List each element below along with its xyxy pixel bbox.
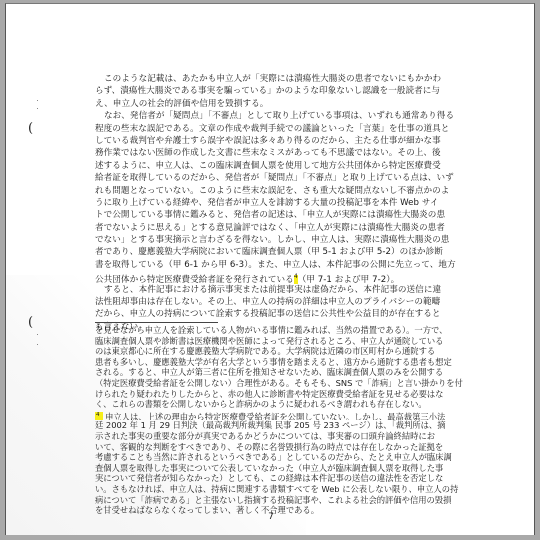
body-text-segment: （甲 7-1 および甲 7-2）。 — [298, 275, 400, 284]
footnote-separator — [95, 322, 218, 323]
footnote-line: 実について発信者が知らなかった）としても、この経緯は本件記事の送信の違法性を否定… — [95, 473, 467, 484]
footnote-text-segment: 申立人は、上述の理由から特定医療費受給者証を公開していない。しかし、最高裁第三小… — [103, 412, 446, 421]
document-page: ( ( このような記載は、あたかも申立人が「実際には潰瘍性大腸炎の患者でないにも… — [5, 3, 535, 535]
footnote-4-first-line: 4 申立人は、上述の理由から特定医療費受給者証を公開していない。しかし、最高裁第… — [95, 410, 467, 421]
footnote-line: を見せながら申立人を詮索している人物がいる事情に鑑みれば、当然の措置である）。一… — [95, 325, 467, 336]
footnote-line: 査個人票を取得した事実について公表していなかった（申立人が臨床調査個人票を取得し… — [95, 463, 467, 474]
scan-speck — [37, 344, 38, 345]
footnote-line: される。すると、申立人が第三者に住所を推知させないため、臨床調査個人票のみを公開… — [95, 367, 467, 378]
scan-speck — [37, 108, 38, 109]
body-line: らず、潰瘍性大腸炎である事実を騙っている」かのような印象ないし認識を一般読者に与 — [95, 85, 467, 97]
body-line: 書を取得している（甲 6-1 から甲 6-3）。また、申立人は、本件記事の公開に… — [95, 259, 467, 271]
page-number: 7 — [6, 512, 535, 522]
body-text: このような記載は、あたかも申立人が「実際には潰瘍性大腸炎の患者でないにもかかわ … — [95, 73, 467, 333]
body-line: 者であり、慶應義塾大学病院において臨床調査個人票（甲 5-1 および甲 5-2）… — [95, 246, 467, 258]
body-line-with-footnote-ref: 公共団体から特定医療費受給者証を発行されている4（甲 7-1 および甲 7-2）… — [95, 271, 467, 283]
body-line: すると、本件記事における摘示事実または前提事実は虚偽だから、本件記事の送信に違 — [95, 284, 467, 296]
body-line: 給者証を取得しているのだから、発信者が「疑問点」「不審点」と取り上げている点は、… — [95, 172, 467, 184]
body-line: え、申立人の社会的評価や信用を毀損する。 — [95, 98, 467, 110]
footnote-number: 4 — [96, 412, 100, 418]
footnotes: を見せながら申立人を詮索している人物がいる事情に鑑みれば、当然の措置である）。一… — [95, 325, 467, 516]
binder-hole-mark-icon: ( — [28, 315, 33, 330]
body-line: なお、発信者が「疑問点」「不審点」として取り上げている事項は、いずれも通常あり得… — [95, 110, 467, 122]
scan-speck — [37, 100, 38, 101]
footnote-line: 臨床調査個人票や診断書は医療機関や医師によって発行されるところ、申立人が通院して… — [95, 336, 467, 347]
footnote-line: 病について「詐病である」と主張ないし指摘する投稿記事や、これよる社会的評価や信用… — [95, 495, 467, 506]
body-line: 務作業ではない医師の作成した文書に些末なミスがあっても不思議ではない。その上、後 — [95, 147, 467, 159]
body-line: している裁判官や弁護士すら誤字や誤記は多々あり得るのだから、主たる仕事が細かな事 — [95, 135, 467, 147]
body-line: トで公開している事情に鑑みると、発信者の記述は、「申立人が実際には潰瘍性大腸炎の… — [95, 209, 467, 221]
footnote-line: （特定医療費受給者証を公開しない）合理性がある。そもそも、SNS で「詐病」と言… — [95, 378, 467, 389]
body-line: 者でないように思える」とする意見論評ではなく、「申立人が実際には潰瘍性大腸炎の患… — [95, 222, 467, 234]
body-line: うに取り上げている経緯や、発信者が申立人を誹謗する大量の投稿記事を本件 Web … — [95, 197, 467, 209]
body-line: 述するように、申立人は、この臨床調査個人票を使用して地方公共団体から特定医療費受 — [95, 160, 467, 172]
footnote-line: いて、客観的な判断をすべきであり、その際に名誉毀損行為の時点では存在しなかった証… — [95, 442, 467, 453]
body-line: れも問題となっていない。このように些末な誤記を、さも重大な疑問点ないし不審点かの… — [95, 185, 467, 197]
footnote-line: 示された事実の重要な部分が真実であるかどうかについては、事実審の口頭弁論終結時に… — [95, 431, 467, 442]
footnote-line: く、これらの書類を公開しないからと詐病かのように疑われるべき謂われも存在しない。 — [95, 399, 467, 410]
body-text-segment: 公共団体から特定医療費受給者証を発行されている — [95, 275, 294, 284]
body-line: だから、申立人の持病について詮索する投稿記事の送信に公共性や公益目的が存在すると — [95, 308, 467, 320]
footnote-line: のは東京都心に所在する慶應義塾大学病院である。大学病院は近隣の市区町村から通院す… — [95, 346, 467, 357]
body-line: このような記載は、あたかも申立人が「実際には潰瘍性大腸炎の患者でないにもかかわ — [95, 73, 467, 85]
body-line: 法性阻却事由は存在しない。その上、申立人の持病の詳細は申立人のプライバシーの範疇 — [95, 296, 467, 308]
binder-hole-mark-icon: ( — [28, 121, 33, 136]
footnote-line: けられたり疑われたりしたからと、赤の他人に診断書や特定医療費受給者証を見せる必要… — [95, 389, 467, 400]
footnote-mark-highlighted[interactable]: 4 — [95, 412, 103, 421]
footnote-line: 考慮することも当然に許されるというべきである」としているのだから、たとえ申立人が… — [95, 452, 467, 463]
body-line: でない」とする事実摘示と言わざるを得ない。しかし、申立人は、実際に潰瘍性大腸炎の… — [95, 234, 467, 246]
footnote-line: 廷 2002 年 1 月 29 日判決（最高裁判所裁判集 民事 205 号 23… — [95, 420, 467, 431]
footnote-line: 患者も多いし、慶應義塾大学が有名大学という事情を踏まえると、遠方から通院する患者… — [95, 357, 467, 368]
scan-speck — [37, 334, 38, 335]
footnote-line: い。さもなければ、申立人は、持病に関連する書類すべてを Web に公表しない限り… — [95, 484, 467, 495]
body-line: 程度の些末な誤記である。文章の作成や裁判手続での議論といった「言葉」を仕事の道具… — [95, 123, 467, 135]
